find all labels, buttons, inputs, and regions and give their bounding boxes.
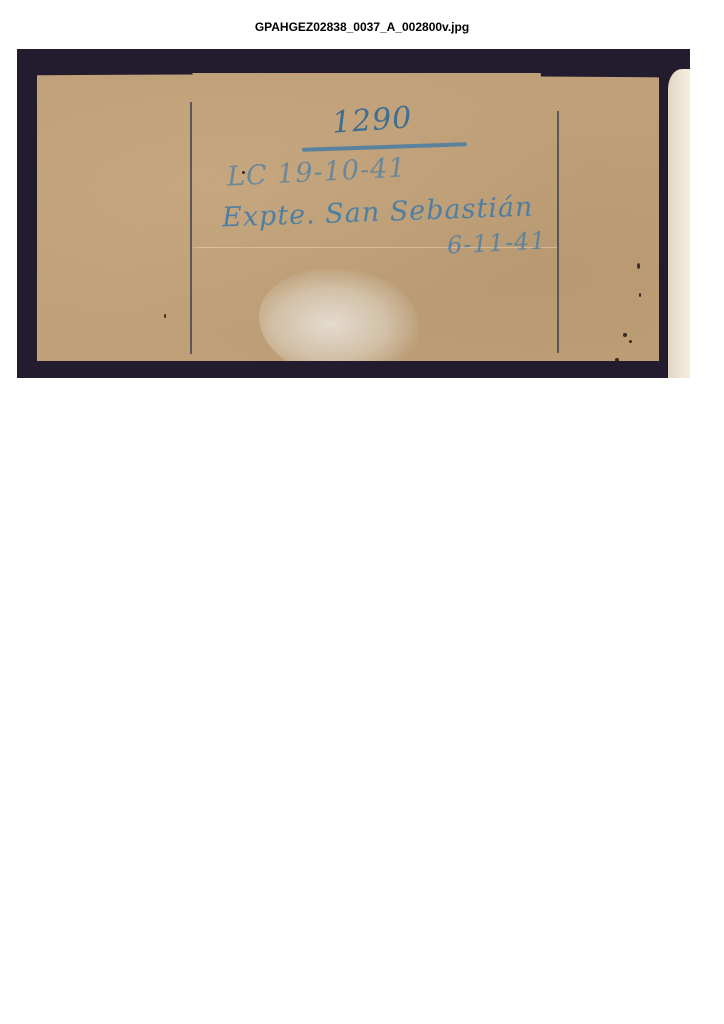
ink-spot — [640, 361, 644, 365]
handwritten-line-3: 6-11-41 — [446, 226, 547, 259]
ink-spot — [637, 263, 640, 269]
scanned-image: 1290 LC 19-10-41 Expte. San Sebastián 6-… — [17, 49, 690, 378]
left-fold-line — [190, 102, 192, 354]
adjacent-paper-edge — [668, 69, 690, 378]
ink-spot — [615, 358, 619, 362]
reference-underline — [302, 142, 467, 152]
ink-spot — [639, 293, 641, 297]
handwritten-line-1: LC 19-10-41 — [226, 152, 407, 192]
ink-spot — [242, 171, 245, 174]
ink-spot — [623, 333, 627, 337]
reference-number: 1290 — [331, 100, 414, 141]
glue-stain — [259, 269, 419, 378]
ink-spot — [164, 314, 166, 318]
ink-spot — [629, 340, 632, 343]
envelope-back: 1290 LC 19-10-41 Expte. San Sebastián 6-… — [37, 73, 659, 361]
file-title: GPAHGEZ02838_0037_A_002800v.jpg — [0, 20, 724, 34]
handwritten-line-2: Expte. San Sebastián — [222, 192, 534, 234]
ink-spot — [627, 366, 630, 369]
right-fold-line — [557, 111, 559, 353]
